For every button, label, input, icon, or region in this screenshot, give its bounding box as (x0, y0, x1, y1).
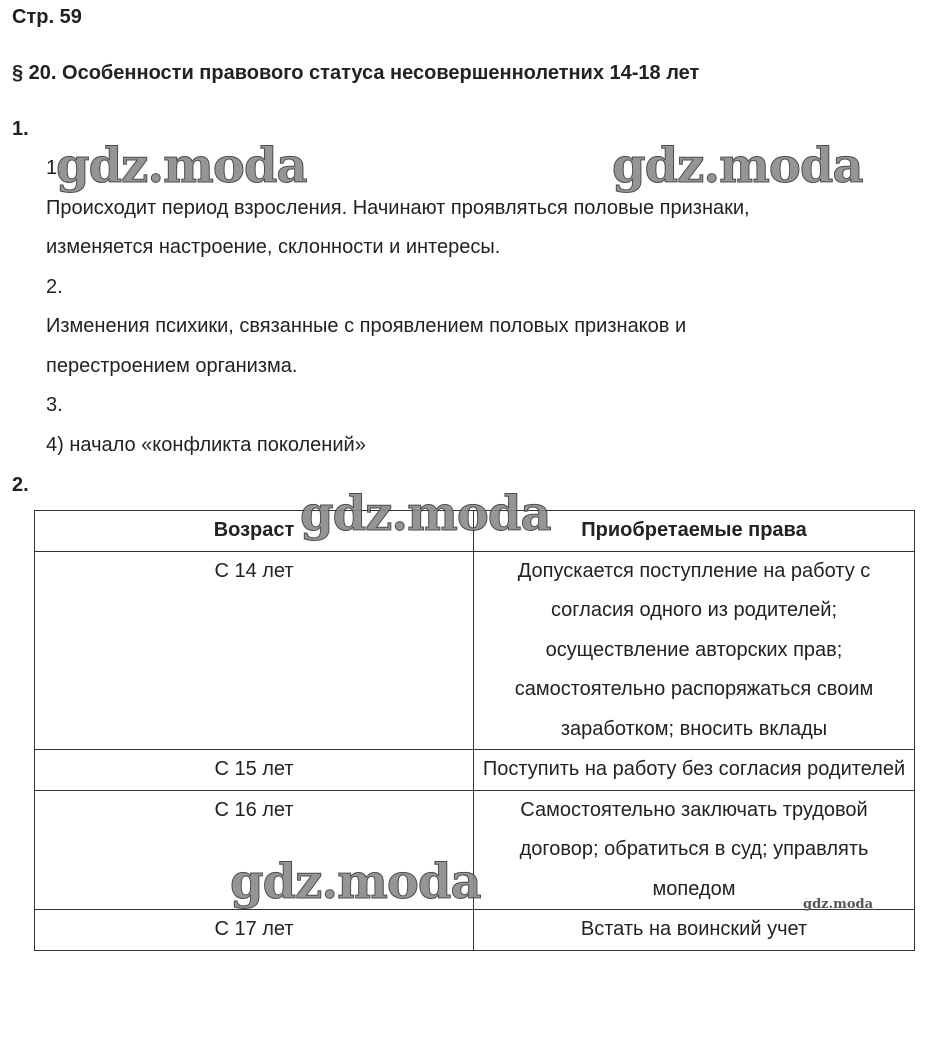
answer-line: 2. (46, 268, 906, 308)
task-1-answer: 1. Происходит период взросления. Начинаю… (46, 149, 906, 465)
cell-rights: Допускается поступление на работу с согл… (474, 551, 915, 750)
cell-rights: Самостоятельно заключать трудовой догово… (474, 790, 915, 910)
table-row: С 15 лет Поступить на работу без согласи… (35, 750, 915, 791)
answer-line: Происходит период взросления. Начинают п… (46, 189, 906, 229)
answer-line: перестроением организма. (46, 347, 906, 387)
task-1-number: 1. (12, 118, 29, 141)
table-row: С 17 лет Встать на воинский учет (35, 910, 915, 951)
header-age: Возраст (35, 511, 474, 552)
table-header-row: Возраст Приобретаемые права (35, 511, 915, 552)
rights-table: Возраст Приобретаемые права С 14 лет Доп… (34, 510, 915, 951)
table-row: С 16 лет Самостоятельно заключать трудов… (35, 790, 915, 910)
answer-line: 4) начало «конфликта поколений» (46, 426, 906, 466)
header-rights: Приобретаемые права (474, 511, 915, 552)
page-label: Стр. 59 (12, 6, 82, 29)
cell-age: С 16 лет (35, 790, 474, 910)
cell-age: С 17 лет (35, 910, 474, 951)
cell-age: С 14 лет (35, 551, 474, 750)
answer-line: изменяется настроение, склонности и инте… (46, 228, 906, 268)
answer-line: 1. (46, 149, 906, 189)
answer-line: 3. (46, 386, 906, 426)
task-2-number: 2. (12, 474, 29, 497)
section-title: § 20. Особенности правового статуса несо… (12, 62, 699, 85)
cell-rights: Встать на воинский учет (474, 910, 915, 951)
cell-age: С 15 лет (35, 750, 474, 791)
table-row: С 14 лет Допускается поступление на рабо… (35, 551, 915, 750)
cell-rights: Поступить на работу без согласия родител… (474, 750, 915, 791)
answer-line: Изменения психики, связанные с проявлени… (46, 307, 906, 347)
